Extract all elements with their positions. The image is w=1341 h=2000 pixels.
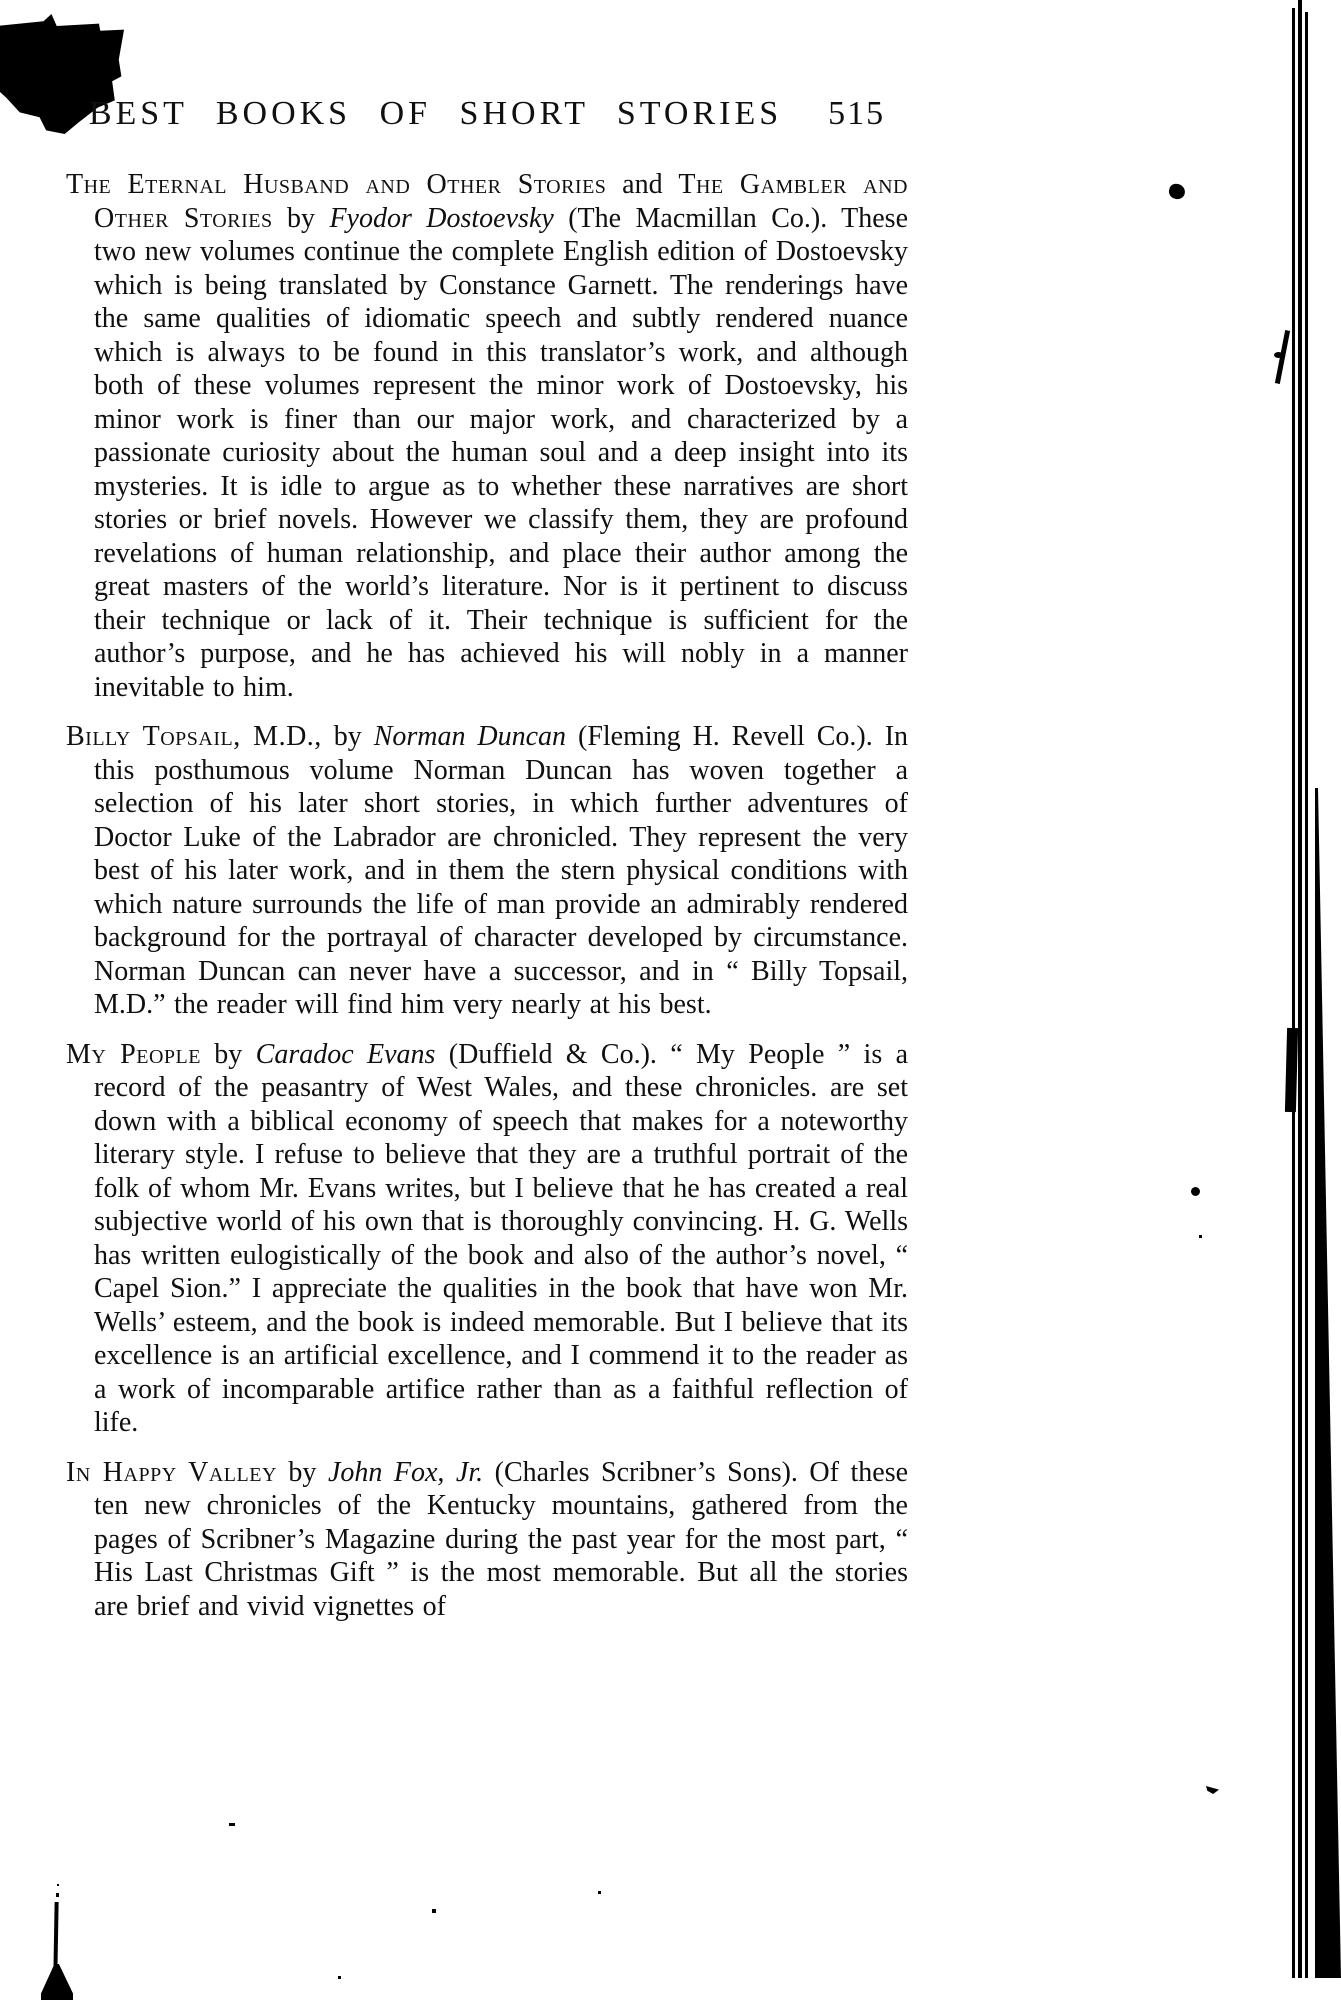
- review-entry: In Happy Valley by John Fox, Jr. (Charle…: [66, 1456, 908, 1624]
- entry-segment-pl: by: [201, 1039, 256, 1070]
- entry-segment-sc: My People: [66, 1039, 201, 1070]
- review-entry: My People by Caradoc Evans (Duffield & C…: [66, 1038, 908, 1440]
- review-entry: Billy Topsail, M.D., by Norman Duncan (F…: [66, 720, 908, 1022]
- entry-segment-pl: by: [277, 1457, 328, 1488]
- scan-spike-base: [41, 1964, 73, 2000]
- entry-segment-sc: The Eternal Husband and Other Stories: [66, 169, 606, 200]
- entry-segment-it: Norman Duncan: [374, 721, 566, 752]
- entry-segment-pl: (The Macmillan Co.). These two new volum…: [94, 203, 908, 703]
- scan-speck: [1199, 1235, 1202, 1238]
- scan-speck-diamond: [1167, 182, 1186, 200]
- scan-binding-line-b: [1298, 0, 1302, 1978]
- entry-segment-pl: and: [606, 169, 678, 200]
- running-head: BEST BOOKS OF SHORT STORIES 515: [66, 94, 908, 134]
- entry-segment-pl: (Duffield & Co.). “ My People ” is a rec…: [94, 1039, 908, 1439]
- running-head-title: BEST BOOKS OF SHORT STORIES: [89, 94, 782, 134]
- scan-speck: [432, 1909, 436, 1913]
- scan-speck: [229, 1823, 235, 1826]
- entries: The Eternal Husband and Other Stories an…: [66, 168, 908, 1623]
- entry-segment-sc: Billy Topsail, M.D.,: [66, 721, 322, 752]
- scan-squiggle-dot: [1274, 352, 1283, 358]
- entry-segment-it: John Fox, Jr.: [328, 1457, 483, 1488]
- scan-tick-mark: [1206, 1786, 1219, 1794]
- scan-speck: [338, 1976, 341, 1979]
- entry-segment-pl: (Fleming H. Revell Co.). In this posthum…: [94, 721, 908, 1020]
- entry-segment-sc: In Happy Valley: [66, 1457, 277, 1488]
- page-content: BEST BOOKS OF SHORT STORIES 515 The Eter…: [66, 94, 908, 1623]
- entry-segment-pl: by: [322, 721, 374, 752]
- entry-segment-pl: by: [273, 203, 330, 234]
- scan-speck: [598, 1891, 601, 1894]
- scanned-book-page: BEST BOOKS OF SHORT STORIES 515 The Eter…: [0, 0, 1341, 2000]
- scan-speck-dot: [1191, 1187, 1200, 1196]
- scan-binding-line-c: [1305, 12, 1308, 1978]
- scan-spike-speck: [56, 1893, 59, 1897]
- review-entry: The Eternal Husband and Other Stories an…: [66, 168, 908, 704]
- scan-binding-band: [1315, 788, 1341, 1978]
- scan-blotch-mid: [1285, 1028, 1298, 1112]
- scan-binding-line-a: [1292, 8, 1295, 1978]
- scan-spike-speck: [57, 1884, 59, 1886]
- entry-segment-it: Fyodor Dostoevsky: [329, 203, 553, 234]
- page-number: 515: [828, 94, 885, 134]
- entry-segment-it: Caradoc Evans: [256, 1039, 436, 1070]
- scan-spike-bottom-left: [53, 1902, 58, 1974]
